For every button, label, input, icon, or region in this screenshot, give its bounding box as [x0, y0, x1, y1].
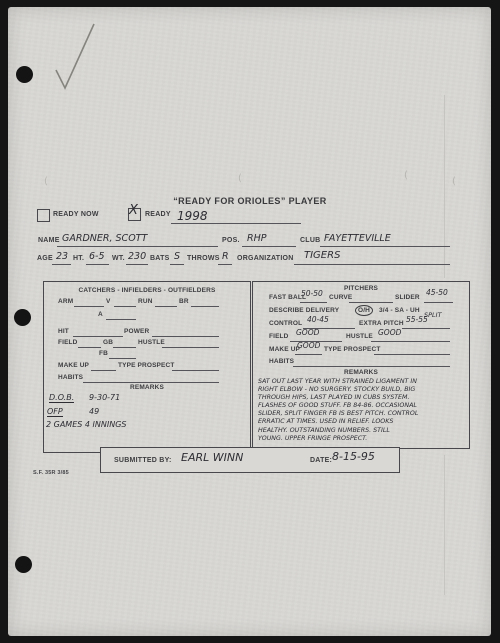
organization-value: TIGERS: [304, 250, 340, 261]
name-label: NAME: [38, 237, 60, 244]
remarks-line: YOUNG. UPPER FRINGE PROSPECT.: [258, 435, 466, 443]
name-field-line: [57, 246, 218, 247]
club-label: CLUB: [300, 237, 320, 244]
makeup-field-line: [91, 370, 116, 371]
ofp-value: 49: [89, 407, 99, 416]
accuracy-field-line: [106, 319, 136, 320]
organization-field-line: [294, 264, 450, 265]
pitcher-field-value: GOOD: [296, 328, 319, 337]
remarks-line: SLIDER, SPLIT FINGER FB IS BEST PITCH. C…: [258, 410, 466, 418]
bats-field-line: [170, 264, 184, 265]
pitcher-hustle-label: HUSTLE: [346, 333, 373, 340]
scan-artifact: (: [404, 170, 408, 181]
submitted-by-label: SUBMITTED BY:: [114, 457, 172, 464]
scanned-scouting-report: ( ( ( ( “READY FOR ORIOLES” PLAYER READY…: [0, 0, 500, 643]
remarks-label: REMARKS: [44, 384, 250, 391]
height-field-line: [86, 264, 109, 265]
pitcher-field-label: FIELD: [269, 333, 289, 340]
hole-punch-bottom: [15, 556, 32, 573]
weight-field-line: [126, 264, 148, 265]
age-label: AGE: [37, 255, 53, 262]
pitcher-habits-label: HABITS: [269, 358, 294, 365]
slider-field-line: [424, 302, 453, 303]
control-value: 40-45: [307, 315, 329, 324]
pencil-checkmark: [52, 18, 100, 96]
weight-value: 230: [128, 251, 146, 262]
pitchers-box: PITCHERS FAST BALL 50-50 CURVE SLIDER 45…: [252, 281, 470, 449]
hustle-field-line: [162, 347, 219, 348]
run-field-line: [155, 306, 177, 307]
curve-label: CURVE: [329, 294, 352, 301]
name-value: GARDNER, SCOTT: [62, 233, 147, 244]
bats-value: S: [174, 251, 180, 262]
type-prospect-field-line: [172, 370, 219, 371]
velocity-field-line: [114, 306, 136, 307]
power-label: POWER: [124, 328, 149, 335]
pitcher-remarks-text: SAT OUT LAST YEAR WITH STRAINED LIGAMENT…: [258, 378, 466, 443]
field-field-line: [78, 347, 101, 348]
remarks-line: FLASHES OF GOOD STUFF. FB 84-86. OCCASIO…: [258, 402, 466, 410]
pitcher-makeup-label: MAKE UP: [269, 346, 300, 353]
paper-crease: [444, 455, 445, 595]
age-field-line: [52, 264, 71, 265]
power-field-line: [152, 336, 219, 337]
pitcher-hustle-value: GOOD: [378, 328, 401, 337]
ready-year-line: [171, 223, 301, 224]
ready-year-value: 1998: [177, 209, 208, 223]
br-field-line: [191, 306, 219, 307]
dob-value: 9-30-71: [89, 393, 120, 402]
remarks-line: ERRATIC AT TIMES. USED IN RELIEF. LOOKS: [258, 418, 466, 426]
form-title: “READY FOR ORIOLES” PLAYER: [0, 196, 500, 206]
hole-punch-top: [16, 66, 33, 83]
extra-pitch-label: EXTRA PITCH: [359, 320, 404, 327]
organization-label: ORGANIZATION: [237, 255, 294, 262]
gb-label: GB: [103, 339, 113, 346]
submitted-by-box: SUBMITTED BY: EARL WINN DATE: 8-15-95: [100, 447, 400, 473]
type-prospect-label: TYPE PROSPECT: [118, 362, 175, 369]
remarks-line: SAT OUT LAST YEAR WITH STRAINED LIGAMENT…: [258, 378, 466, 386]
paper-crease: [444, 95, 445, 278]
submitted-by-value: EARL WINN: [181, 451, 243, 464]
throws-value: R: [222, 251, 229, 262]
weight-label: WT.: [112, 255, 125, 262]
games-innings-note: 2 GAMES 4 INNINGS: [46, 420, 126, 429]
dob-label: D.O.B.: [49, 393, 74, 403]
ready-label: READY: [145, 211, 171, 218]
form-number: S.F. 35R 3/85: [33, 470, 69, 476]
age-value: 23: [56, 251, 68, 262]
pitcher-hustle-line: [371, 341, 450, 342]
accuracy-label: A: [98, 311, 103, 318]
height-label: HT.: [73, 255, 84, 262]
velocity-label: V: [106, 298, 111, 305]
slider-value: 45-50: [426, 288, 448, 297]
hit-label: HIT: [58, 328, 69, 335]
arm-field-line: [74, 306, 104, 307]
run-label: RUN: [138, 298, 153, 305]
remarks-line: RIGHT ELBOW - NO SURGERY. STOCKY BUILD, …: [258, 386, 466, 394]
throws-field-line: [218, 264, 232, 265]
position-players-box: CATCHERS - INFIELDERS - OUTFIELDERS ARM …: [43, 281, 251, 453]
habits-field-line: [83, 382, 219, 383]
pitcher-remarks-label: REMARKS: [253, 369, 469, 376]
arm-label: ARM: [58, 298, 73, 305]
gb-field-line: [113, 347, 136, 348]
fb-field-line: [109, 358, 136, 359]
scan-artifact: (: [238, 173, 242, 184]
delivery-options: 3/4 - SA - UH: [379, 307, 420, 314]
hole-punch-middle: [14, 309, 31, 326]
hit-field-line: [73, 336, 123, 337]
remarks-line: HEALTHY. OUTSTANDING NUMBERS. STILL: [258, 427, 466, 435]
ofp-label: OFP: [47, 407, 63, 417]
scan-artifact: (: [452, 176, 456, 187]
hustle-label: HUSTLE: [138, 339, 165, 346]
pos-value: RHP: [247, 233, 266, 244]
makeup-label: MAKE UP: [58, 362, 89, 369]
position-box-title: CATCHERS - INFIELDERS - OUTFIELDERS: [44, 287, 250, 294]
date-label: DATE:: [310, 457, 332, 464]
scan-artifact: (: [44, 176, 48, 187]
slider-label: SLIDER: [395, 294, 420, 301]
bats-label: BATS: [150, 255, 170, 262]
extra-pitch-value: 55-55: [406, 315, 428, 324]
fastball-value: 50-50: [301, 289, 323, 298]
pitcher-habits-line: [293, 366, 450, 367]
pitcher-type-prospect-line: [374, 354, 450, 355]
field-label: FIELD: [58, 339, 78, 346]
curve-field-line: [349, 302, 393, 303]
ready-now-checkbox: [37, 209, 50, 222]
fastball-field-line: [300, 302, 327, 303]
ready-checkbox-x-mark: X: [129, 203, 138, 218]
date-value: 8-15-95: [332, 450, 375, 463]
remarks-line: THROUGH HIPS, LAST PLAYED IN CUBS SYSTEM…: [258, 394, 466, 402]
pitcher-makeup-line: [295, 354, 322, 355]
pitcher-type-prospect-label: TYPE PROSPECT: [324, 346, 381, 353]
delivery-overhand-circled: O/H: [355, 305, 373, 316]
club-value: FAYETTEVILLE: [324, 233, 391, 244]
control-label: CONTROL: [269, 320, 302, 327]
br-label: BR: [179, 298, 189, 305]
pitcher-makeup-value: GOOD: [297, 341, 320, 350]
fb-label: FB: [99, 350, 108, 357]
extra-pitch-field-line: [402, 328, 450, 329]
club-field-line: [320, 246, 450, 247]
describe-delivery-label: DESCRIBE DELIVERY: [269, 307, 339, 314]
habits-label: HABITS: [58, 374, 83, 381]
pos-label: POS.: [222, 237, 240, 244]
throws-label: THROWS: [187, 255, 220, 262]
pos-field-line: [242, 246, 296, 247]
ready-now-label: READY NOW: [53, 211, 99, 218]
height-value: 6-5: [89, 251, 105, 262]
